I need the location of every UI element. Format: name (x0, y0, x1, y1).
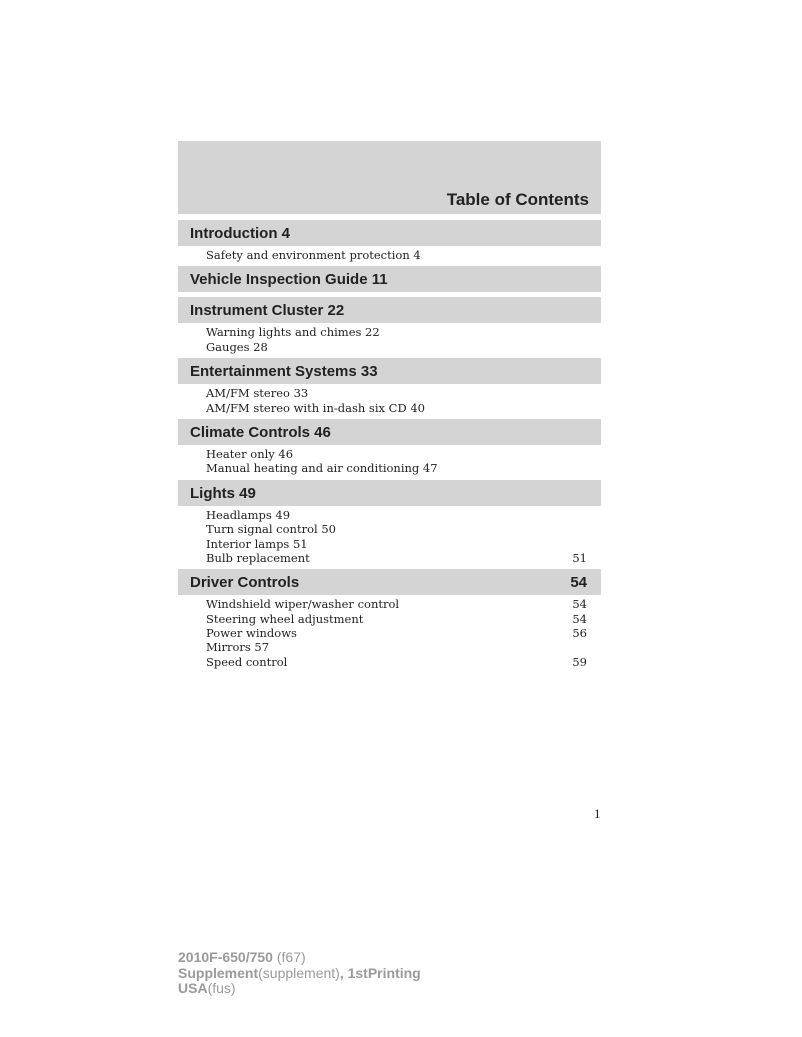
toc-entry[interactable]: AM/FM stereo with in-dash six CD 40 (178, 401, 601, 415)
toc-entry[interactable]: AM/FM stereo 33 (178, 386, 601, 400)
entry-title: AM/FM stereo 33 (206, 386, 308, 400)
toc-entry[interactable]: Mirrors 57 (178, 640, 601, 654)
entry-title: Mirrors 57 (206, 640, 269, 654)
entry-title: Manual heating and air conditioning 47 (206, 461, 438, 475)
entry-title: Safety and environment protection 4 (206, 248, 421, 262)
toc-section-heading[interactable]: Instrument Cluster 22 (178, 297, 601, 323)
entry-title: Windshield wiper/washer control (206, 597, 399, 611)
section-title: Instrument Cluster 22 (190, 302, 344, 319)
toc-entry[interactable]: Turn signal control 50 (178, 522, 601, 536)
section-title: Vehicle Inspection Guide 11 (190, 271, 388, 288)
footer-line-2: Supplement(supplement), 1stPrinting (178, 966, 421, 982)
entry-title: AM/FM stereo with in-dash six CD 40 (206, 401, 425, 415)
toc-section-heading[interactable]: Driver Controls54 (178, 569, 601, 595)
entry-title: Headlamps 49 (206, 508, 290, 522)
entry-page-number: 59 (572, 655, 587, 669)
toc-section-heading[interactable]: Lights 49 (178, 480, 601, 506)
entry-title: Heater only 46 (206, 447, 293, 461)
toc-entry-list: Safety and environment protection 4 (178, 246, 601, 266)
section-title: Driver Controls (190, 574, 299, 591)
footer-line-3: USA(fus) (178, 981, 421, 997)
toc-entry[interactable]: Windshield wiper/washer control54 (178, 597, 601, 611)
toc-entry-list: AM/FM stereo 33AM/FM stereo with in-dash… (178, 384, 601, 419)
entry-page-number: 56 (572, 626, 587, 640)
entry-title: Turn signal control 50 (206, 522, 336, 536)
entry-title: Power windows (206, 626, 297, 640)
toc-entry[interactable]: Interior lamps 51 (178, 537, 601, 551)
footer-line-1: 2010F-650/750 (f67) (178, 950, 421, 966)
page-number: 1 (594, 806, 601, 822)
toc-entry-list: Headlamps 49Turn signal control 50Interi… (178, 506, 601, 570)
toc-entry[interactable]: Warning lights and chimes 22 (178, 325, 601, 339)
toc-section-heading[interactable]: Climate Controls 46 (178, 419, 601, 445)
entry-title: Warning lights and chimes 22 (206, 325, 380, 339)
table-of-contents: Introduction 4Safety and environment pro… (178, 220, 601, 673)
toc-entry[interactable]: Safety and environment protection 4 (178, 248, 601, 262)
title-banner: Table of Contents (178, 141, 601, 214)
section-title: Introduction 4 (190, 225, 290, 242)
toc-entry[interactable]: Speed control59 (178, 655, 601, 669)
toc-entry[interactable]: Headlamps 49 (178, 508, 601, 522)
section-title: Climate Controls 46 (190, 424, 331, 441)
section-page-number: 54 (570, 569, 587, 596)
toc-entry[interactable]: Manual heating and air conditioning 47 (178, 461, 601, 475)
entry-title: Interior lamps 51 (206, 537, 308, 551)
toc-section-heading[interactable]: Introduction 4 (178, 220, 601, 246)
print-footer: 2010F-650/750 (f67) Supplement(supplemen… (178, 950, 421, 997)
document-page: Table of Contents Introduction 4Safety a… (0, 0, 802, 1037)
toc-entry[interactable]: Power windows56 (178, 626, 601, 640)
section-title: Lights 49 (190, 485, 256, 502)
toc-entry[interactable]: Gauges 28 (178, 340, 601, 354)
section-title: Entertainment Systems 33 (190, 363, 378, 380)
entry-page-number: 54 (572, 612, 587, 626)
toc-entry-list: Windshield wiper/washer control54Steerin… (178, 595, 601, 673)
toc-entry[interactable]: Bulb replacement51 (178, 551, 601, 565)
toc-entry-list: Warning lights and chimes 22Gauges 28 (178, 323, 601, 358)
entry-title: Bulb replacement (206, 551, 310, 565)
toc-entry-list: Heater only 46Manual heating and air con… (178, 445, 601, 480)
page-title: Table of Contents (447, 190, 589, 210)
toc-section-heading[interactable]: Vehicle Inspection Guide 11 (178, 266, 601, 292)
entry-title: Speed control (206, 655, 287, 669)
entry-page-number: 54 (572, 597, 587, 611)
entry-title: Gauges 28 (206, 340, 268, 354)
toc-entry[interactable]: Heater only 46 (178, 447, 601, 461)
toc-entry[interactable]: Steering wheel adjustment54 (178, 612, 601, 626)
entry-page-number: 51 (572, 551, 587, 565)
toc-section-heading[interactable]: Entertainment Systems 33 (178, 358, 601, 384)
entry-title: Steering wheel adjustment (206, 612, 363, 626)
